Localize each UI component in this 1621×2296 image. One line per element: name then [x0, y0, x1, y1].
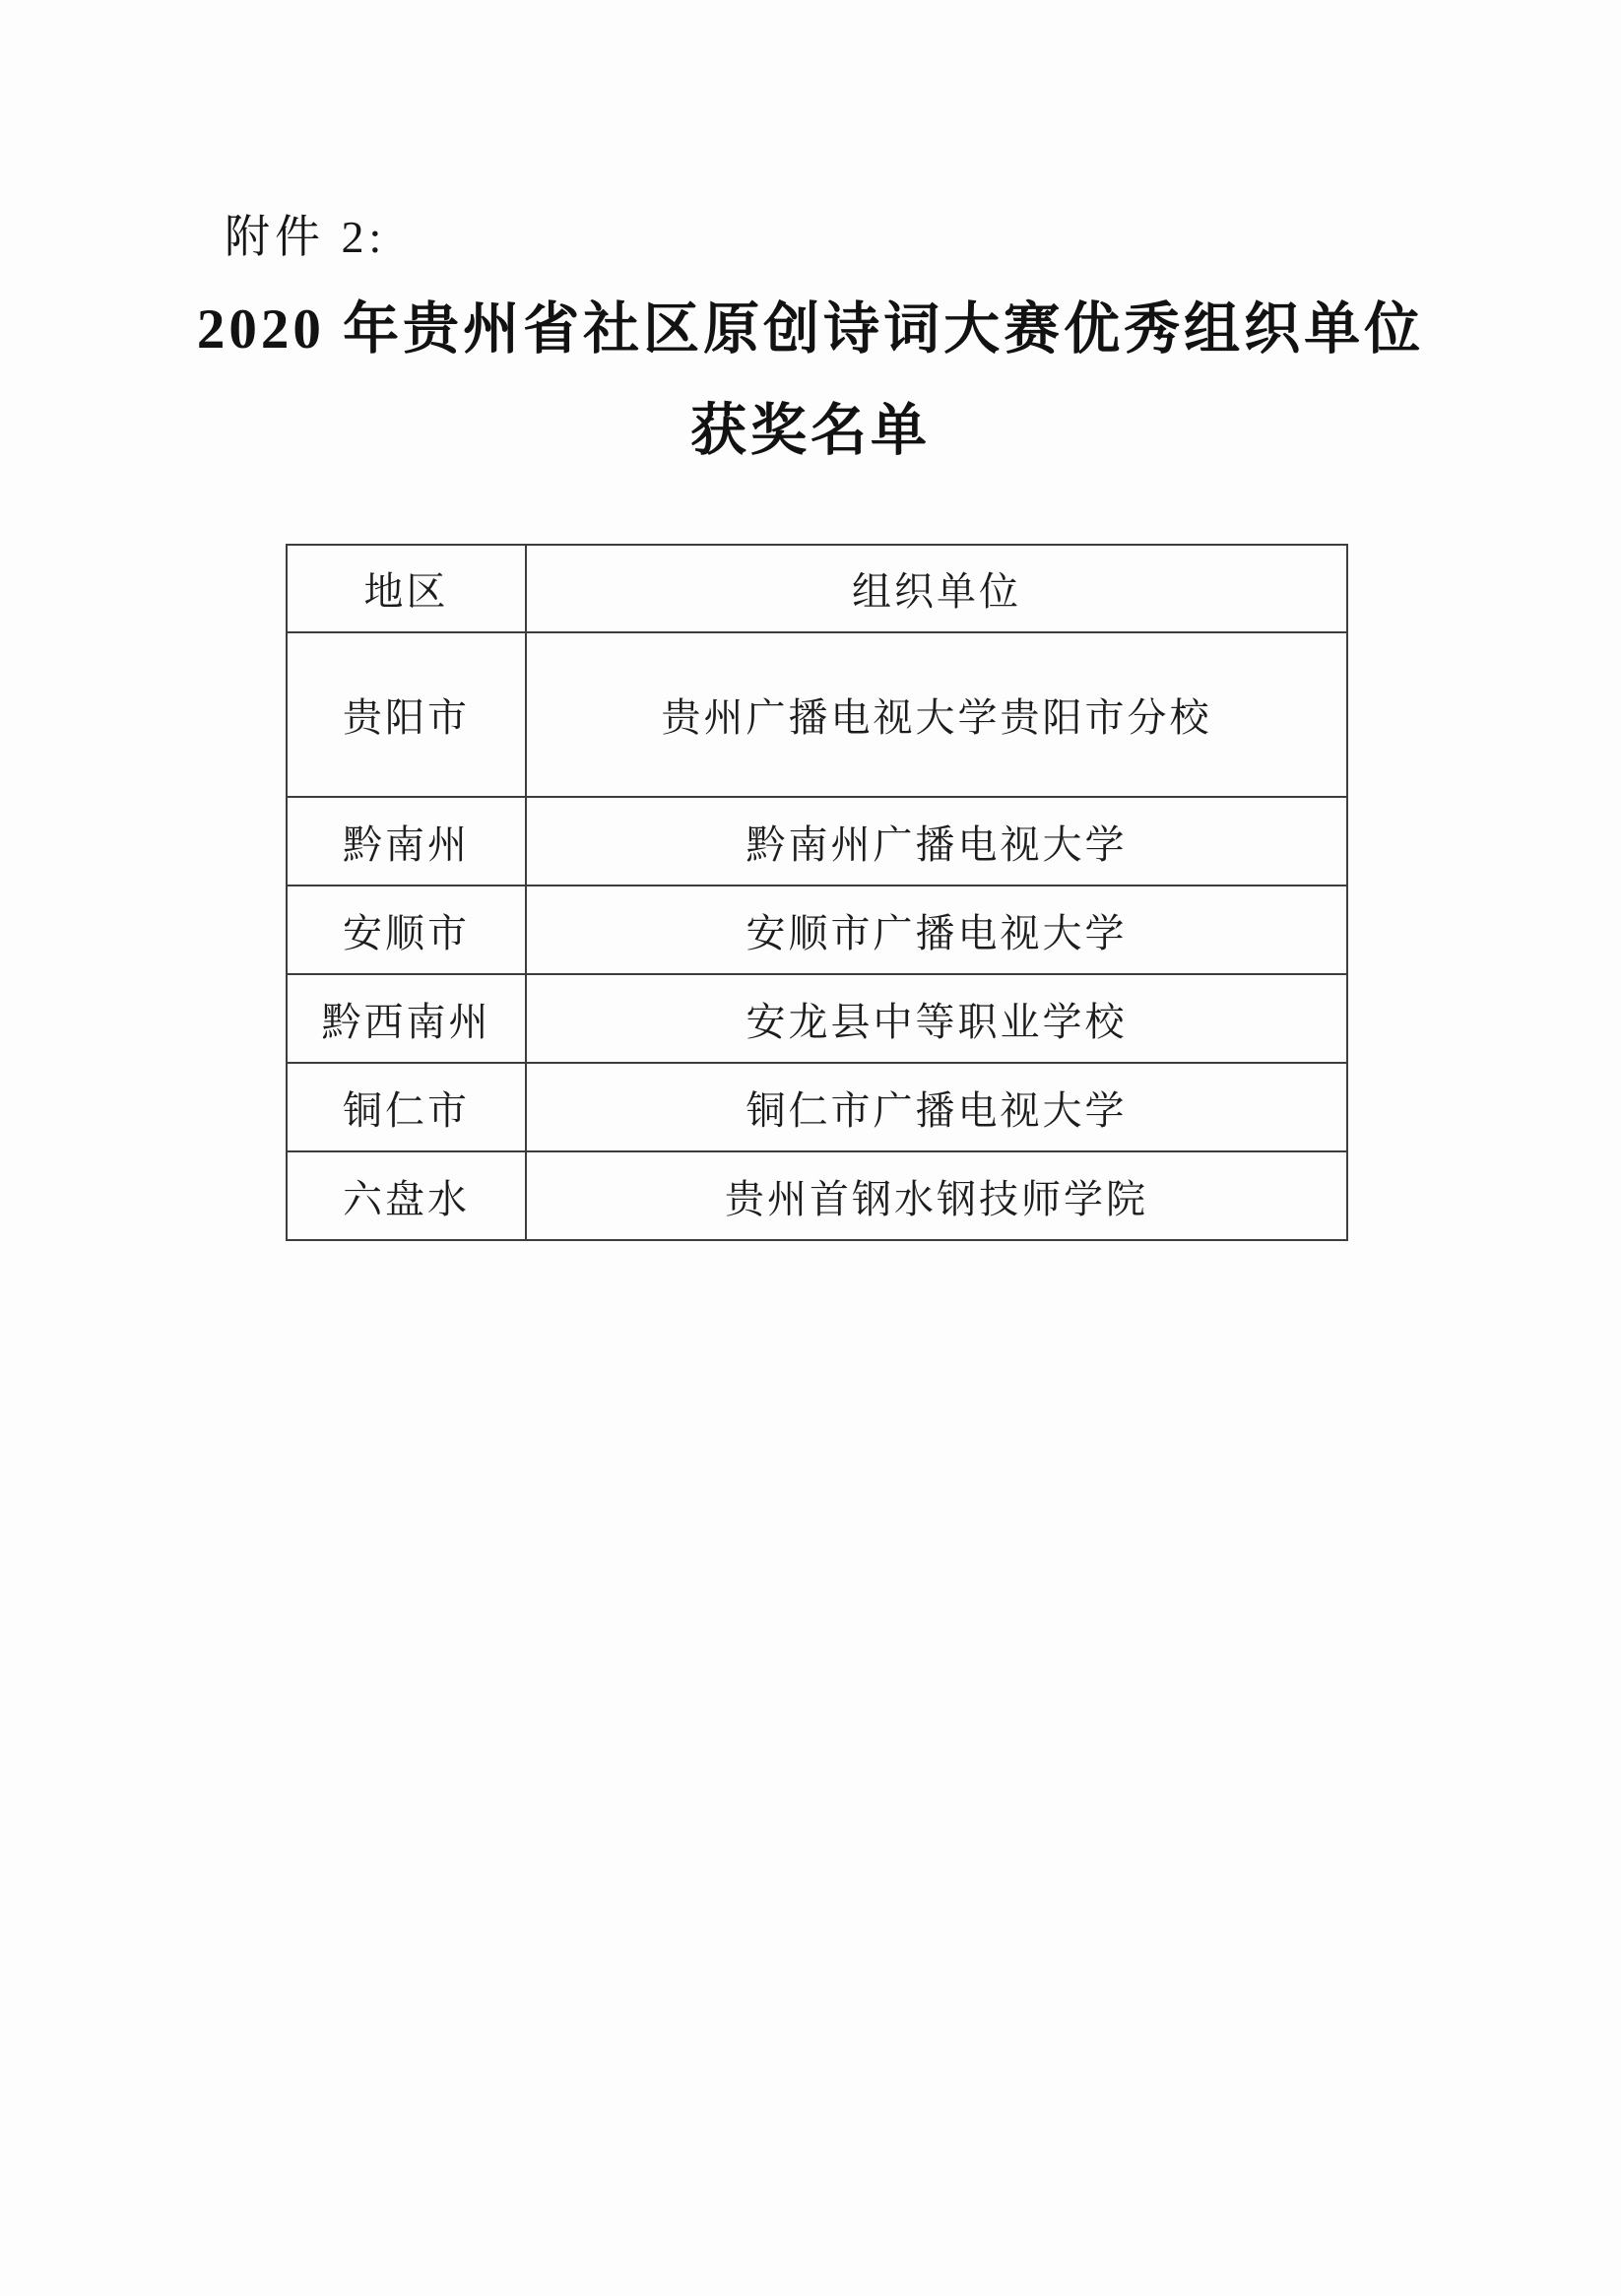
header-organization: 组织单位: [526, 545, 1347, 632]
organization-cell: 贵州首钢水钢技师学院: [526, 1151, 1347, 1240]
organization-cell: 安顺市广播电视大学: [526, 886, 1347, 974]
table-row: 黔南州 黔南州广播电视大学: [287, 797, 1347, 886]
table-header-row: 地区 组织单位: [287, 545, 1347, 632]
table-row: 贵阳市 贵州广播电视大学贵阳市分校: [287, 632, 1347, 797]
attachment-label: 附件 2:: [225, 201, 386, 266]
table-row: 铜仁市 铜仁市广播电视大学: [287, 1063, 1347, 1151]
region-cell: 贵阳市: [287, 632, 526, 797]
region-cell: 安顺市: [287, 886, 526, 974]
region-cell: 黔南州: [287, 797, 526, 886]
region-cell: 黔西南州: [287, 974, 526, 1063]
region-cell: 铜仁市: [287, 1063, 526, 1151]
organization-cell: 黔南州广播电视大学: [526, 797, 1347, 886]
table-row: 安顺市 安顺市广播电视大学: [287, 886, 1347, 974]
table-row: 六盘水 贵州首钢水钢技师学院: [287, 1151, 1347, 1240]
title-line-2: 获奖名单: [0, 380, 1621, 482]
title-line-1: 2020 年贵州省社区原创诗词大赛优秀组织单位: [0, 279, 1621, 380]
document-page: 附件 2: 2020 年贵州省社区原创诗词大赛优秀组织单位 获奖名单 地区 组织…: [0, 0, 1621, 2296]
document-title: 2020 年贵州省社区原创诗词大赛优秀组织单位 获奖名单: [0, 279, 1621, 482]
organization-cell: 贵州广播电视大学贵阳市分校: [526, 632, 1347, 797]
table-row: 黔西南州 安龙县中等职业学校: [287, 974, 1347, 1063]
region-cell: 六盘水: [287, 1151, 526, 1240]
header-region: 地区: [287, 545, 526, 632]
organization-cell: 铜仁市广播电视大学: [526, 1063, 1347, 1151]
organization-cell: 安龙县中等职业学校: [526, 974, 1347, 1063]
awards-table: 地区 组织单位 贵阳市 贵州广播电视大学贵阳市分校 黔南州 黔南州广播电视大学 …: [286, 544, 1348, 1241]
